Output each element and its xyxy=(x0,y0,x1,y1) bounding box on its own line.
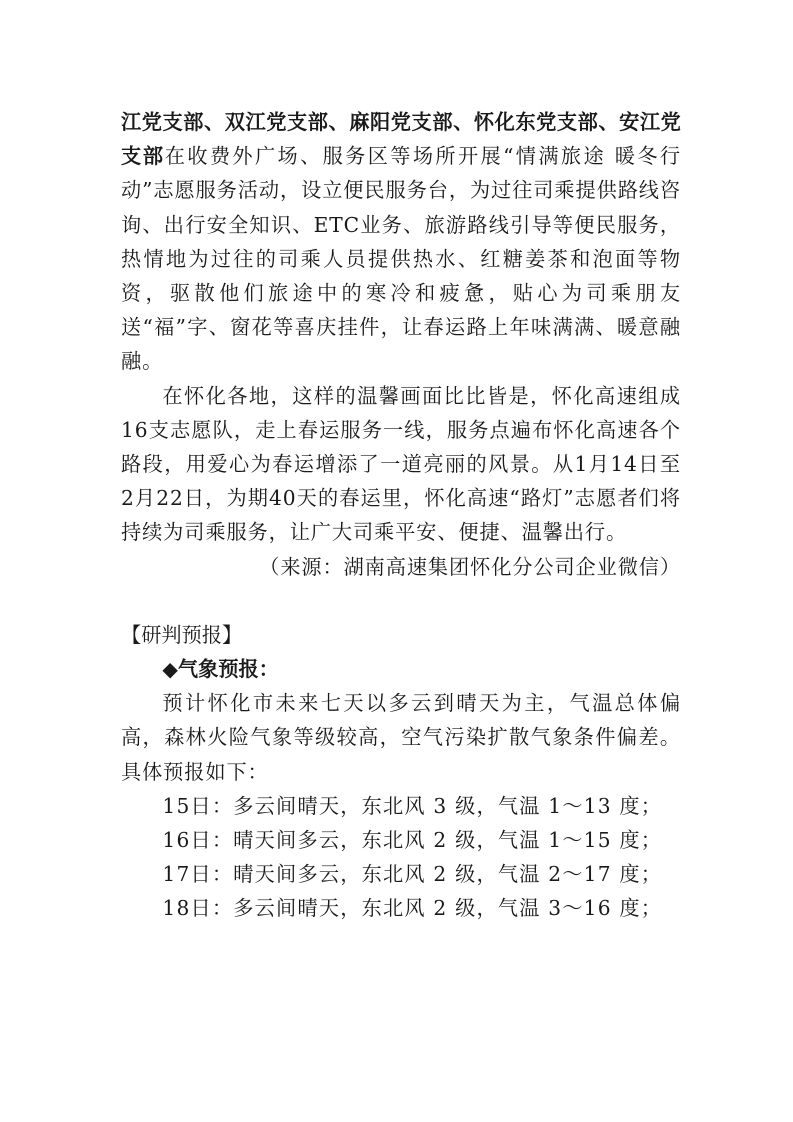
forecast-day: 18日 xyxy=(162,896,211,920)
weather-forecast-title: ◆气象预报： xyxy=(121,652,681,686)
paragraph-volunteer-teams: 在怀化各地，这样的温馨画面比比皆是，怀化高速组成16支志愿队，走上春运服务一线，… xyxy=(121,379,681,550)
forecast-temp: 气温 3～16 度； xyxy=(498,896,662,920)
forecast-weather: 多云间晴天 xyxy=(233,794,340,818)
forecast-weather: 晴天间多云 xyxy=(233,862,340,886)
forecast-row: 18日：多云间晴天，东北风 2 级，气温 3～16 度； xyxy=(121,891,681,925)
forecast-temp: 气温 2～17 度； xyxy=(498,862,662,886)
forecast-row: 15日：多云间晴天，东北风 3 级，气温 1～13 度； xyxy=(121,789,681,823)
forecast-day: 15日 xyxy=(162,794,211,818)
forecast-intro: 预计怀化市未来七天以多云到晴天为主，气温总体偏高，森林火险气象等级较高，空气污染… xyxy=(121,686,681,789)
forecast-list: 15日：多云间晴天，东北风 3 级，气温 1～13 度； 16日：晴天间多云，东… xyxy=(121,789,681,926)
forecast-weather: 晴天间多云 xyxy=(233,828,340,852)
document-page: 江党支部、双江党支部、麻阳党支部、怀化东党支部、安江党支部在收费外广场、服务区等… xyxy=(121,105,681,926)
spacer xyxy=(121,584,681,618)
forecast-wind: 东北风 2 级 xyxy=(362,828,477,852)
forecast-day: 17日 xyxy=(162,862,211,886)
source-attribution: （来源：湖南高速集团怀化分公司企业微信） xyxy=(121,550,681,584)
forecast-temp: 气温 1～13 度； xyxy=(498,794,662,818)
paragraph-1-text: 在收费外广场、服务区等场所开展“情满旅途 暖冬行动”志愿服务活动，设立便民服务台… xyxy=(121,144,681,373)
forecast-row: 16日：晴天间多云，东北风 2 级，气温 1～15 度； xyxy=(121,823,681,857)
forecast-wind: 东北风 2 级 xyxy=(362,896,477,920)
forecast-temp: 气温 1～15 度； xyxy=(498,828,662,852)
paragraph-party-branches: 江党支部、双江党支部、麻阳党支部、怀化东党支部、安江党支部在收费外广场、服务区等… xyxy=(121,105,681,379)
forecast-row: 17日：晴天间多云，东北风 2 级，气温 2～17 度； xyxy=(121,857,681,891)
forecast-wind: 东北风 3 级 xyxy=(362,794,477,818)
section-title: 【研判预报】 xyxy=(121,618,681,652)
forecast-day: 16日 xyxy=(162,828,211,852)
forecast-wind: 东北风 2 级 xyxy=(362,862,477,886)
forecast-weather: 多云间晴天 xyxy=(233,896,340,920)
